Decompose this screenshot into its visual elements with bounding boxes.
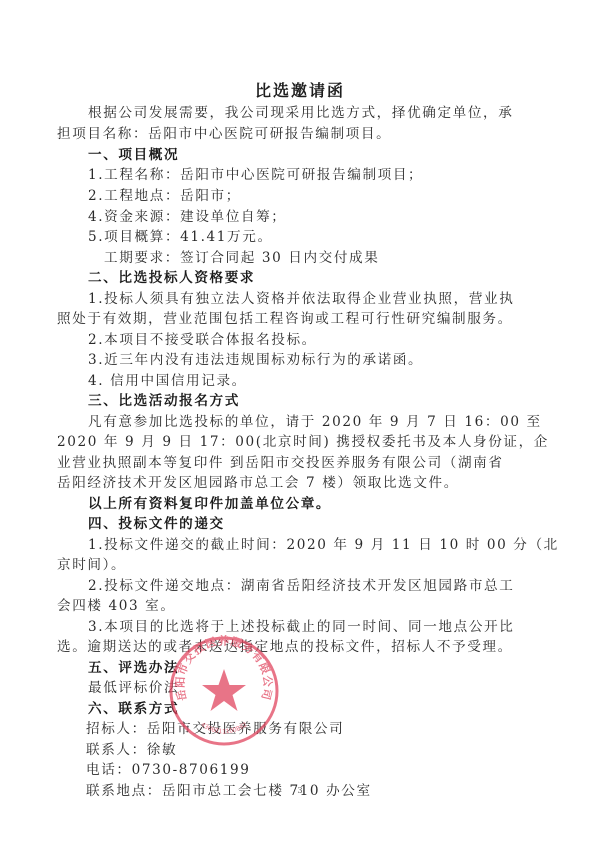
section-line: 1.工程名称：岳阳市中心医院可研报告编制项目； (88, 165, 423, 185)
company-seal-icon: 岳阳市交投医养服务有限公司 4306011100882 (168, 635, 280, 747)
intro-line: 担项目名称：岳阳市中心医院可研报告编制项目。 (57, 124, 391, 144)
section-line: 3.近三年内没有违法违规围标劝标行为的承诺函。 (88, 350, 423, 370)
contact-line: 联系人：徐敏 (86, 740, 177, 760)
section-line: 5.项目概算：41.41万元。 (88, 227, 273, 247)
section-line: 1.投标人须具有独立法人资格并依法取得企业营业执照，营业执 (88, 289, 514, 309)
section-line: 2.投标文件递交地点：湖南省岳阳经济技术开发区旭园路市总工 (88, 576, 514, 596)
section-line: 2.工程地点：岳阳市； (88, 186, 241, 206)
section-line: 京时间）。 (57, 555, 126, 575)
section-line: 工期要求：签订合同起 30 日内交付成果 (104, 248, 379, 268)
document-page: 比选邀请函 根据公司发展需要，我公司现采用比选方式，择优确定单位，承 担项目名称… (0, 0, 600, 848)
section-line: 会四楼 403 室。 (57, 596, 176, 616)
document-title: 比选邀请函 (0, 78, 600, 101)
section-line: 最低评标价法 (88, 678, 179, 698)
section-line: 4.资金来源：建设单位自筹； (88, 207, 287, 227)
svg-text:4306011100882: 4306011100882 (199, 721, 248, 735)
section-heading: 二、比选投标人资格要求 (88, 268, 255, 288)
section-line: 选。逾期送达的或者未送达指定地点的投标文件，招标人不予受理。 (57, 637, 513, 657)
intro-line: 根据公司发展需要，我公司现采用比选方式，择优确定单位，承 (88, 103, 513, 123)
section-line: 4. 信用中国信用记录。 (88, 371, 247, 391)
section-note: 以上所有资料复印件加盖单位公章。 (88, 494, 331, 514)
section-line: 业营业执照副本等复印件 到岳阳市交投医养服务有限公司（湖南省 (57, 453, 504, 473)
page-number: 3 (0, 786, 600, 795)
section-heading: 六、联系方式 (88, 699, 179, 719)
section-line: 2.本项目不接受联合体报名投标。 (88, 330, 317, 350)
section-heading: 五、评选办法 (88, 658, 179, 678)
section-line: 2020 年 9 月 9 日 17：00(北京时间) 携授权委托书及本人身份证，… (57, 432, 549, 452)
section-line: 照处于有效期，营业范围包括工程咨询或工程可行性研究编制服务。 (57, 309, 513, 329)
contact-line: 电话：0730-8706199 (86, 760, 251, 780)
section-line: 1.投标文件递交的截止时间：2020 年 9 月 11 日 10 时 00 分（… (88, 535, 559, 555)
section-heading: 四、投标文件的递交 (88, 514, 225, 534)
section-heading: 三、比选活动报名方式 (88, 391, 240, 411)
section-line: 岳阳经济技术开发区旭园路市总工会 7 楼）领取比选文件。 (57, 473, 459, 493)
section-line: 凡有意参加比选投标的单位，请于 2020 年 9 月 7 日 16：00 至 (88, 412, 542, 432)
section-line: 3.本项目的比选将于上述投标截止的同一时间、同一地点公开比 (88, 617, 514, 637)
section-heading: 一、项目概况 (88, 145, 179, 165)
